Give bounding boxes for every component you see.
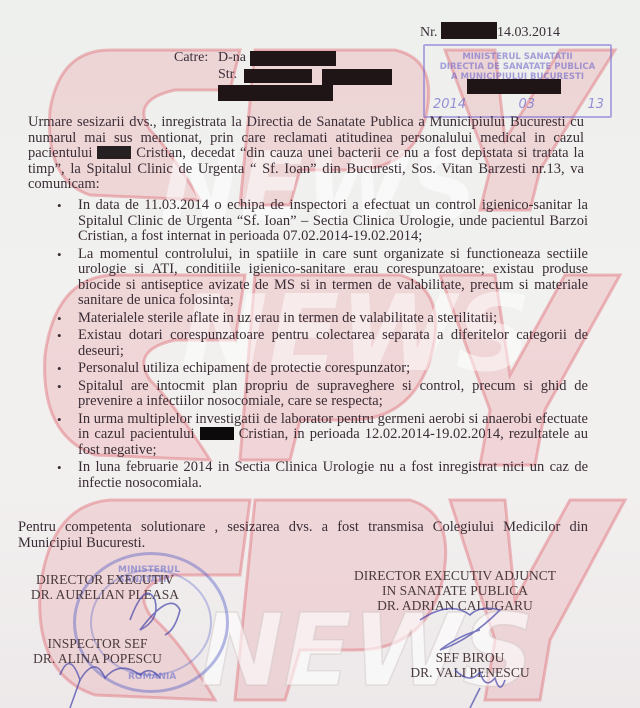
redacted-patient-name bbox=[97, 146, 131, 159]
redacted-number bbox=[441, 22, 497, 39]
scanned-letter-page: NEWS NEWS NEWS bbox=[0, 0, 640, 708]
redacted-recipient-name bbox=[250, 51, 336, 66]
finding-item: Existau dotari corespunzatoare pentru co… bbox=[28, 328, 588, 359]
redacted-street-number bbox=[322, 69, 392, 85]
redacted-street bbox=[244, 69, 312, 83]
finding-item: In data de 11.03.2014 o echipa de inspec… bbox=[28, 198, 588, 245]
redacted-patient-name bbox=[200, 427, 234, 440]
redacted-registration-number bbox=[467, 79, 561, 94]
finding-item: La momentul controlului, in spatiile in … bbox=[28, 247, 588, 309]
finding-item: Spitalul are intocmit plan propriu de su… bbox=[28, 379, 588, 410]
number-label: Nr. bbox=[420, 25, 438, 40]
handwritten-signatures bbox=[0, 560, 640, 708]
findings-list: In data de 11.03.2014 o echipa de inspec… bbox=[28, 198, 588, 493]
street-label: Str. bbox=[218, 67, 237, 82]
document-date: 14.03.2014 bbox=[497, 25, 560, 40]
finding-item: Personalul utiliza echipament de protect… bbox=[28, 361, 588, 377]
salutation: D-na bbox=[218, 50, 246, 65]
intro-paragraph: Urmare sesizarii dvs., inregistrata la D… bbox=[28, 115, 584, 193]
recipient-block: Catre:D-na Str. bbox=[174, 50, 246, 83]
redacted-city bbox=[218, 85, 333, 101]
closing-paragraph: Pentru competenta solutionare , sesizare… bbox=[18, 520, 588, 551]
document-number: Nr. 14.03.2014 bbox=[420, 22, 560, 41]
finding-item: In luna februarie 2014 in Sectia Clinica… bbox=[28, 460, 588, 491]
to-label: Catre: bbox=[174, 50, 218, 67]
finding-item: Materialele sterile aflate in uz erau in… bbox=[28, 311, 588, 327]
stamp-date: 2014 03 13 bbox=[433, 97, 604, 112]
finding-item: In urma multiplelor investigatii de labo… bbox=[28, 412, 588, 459]
